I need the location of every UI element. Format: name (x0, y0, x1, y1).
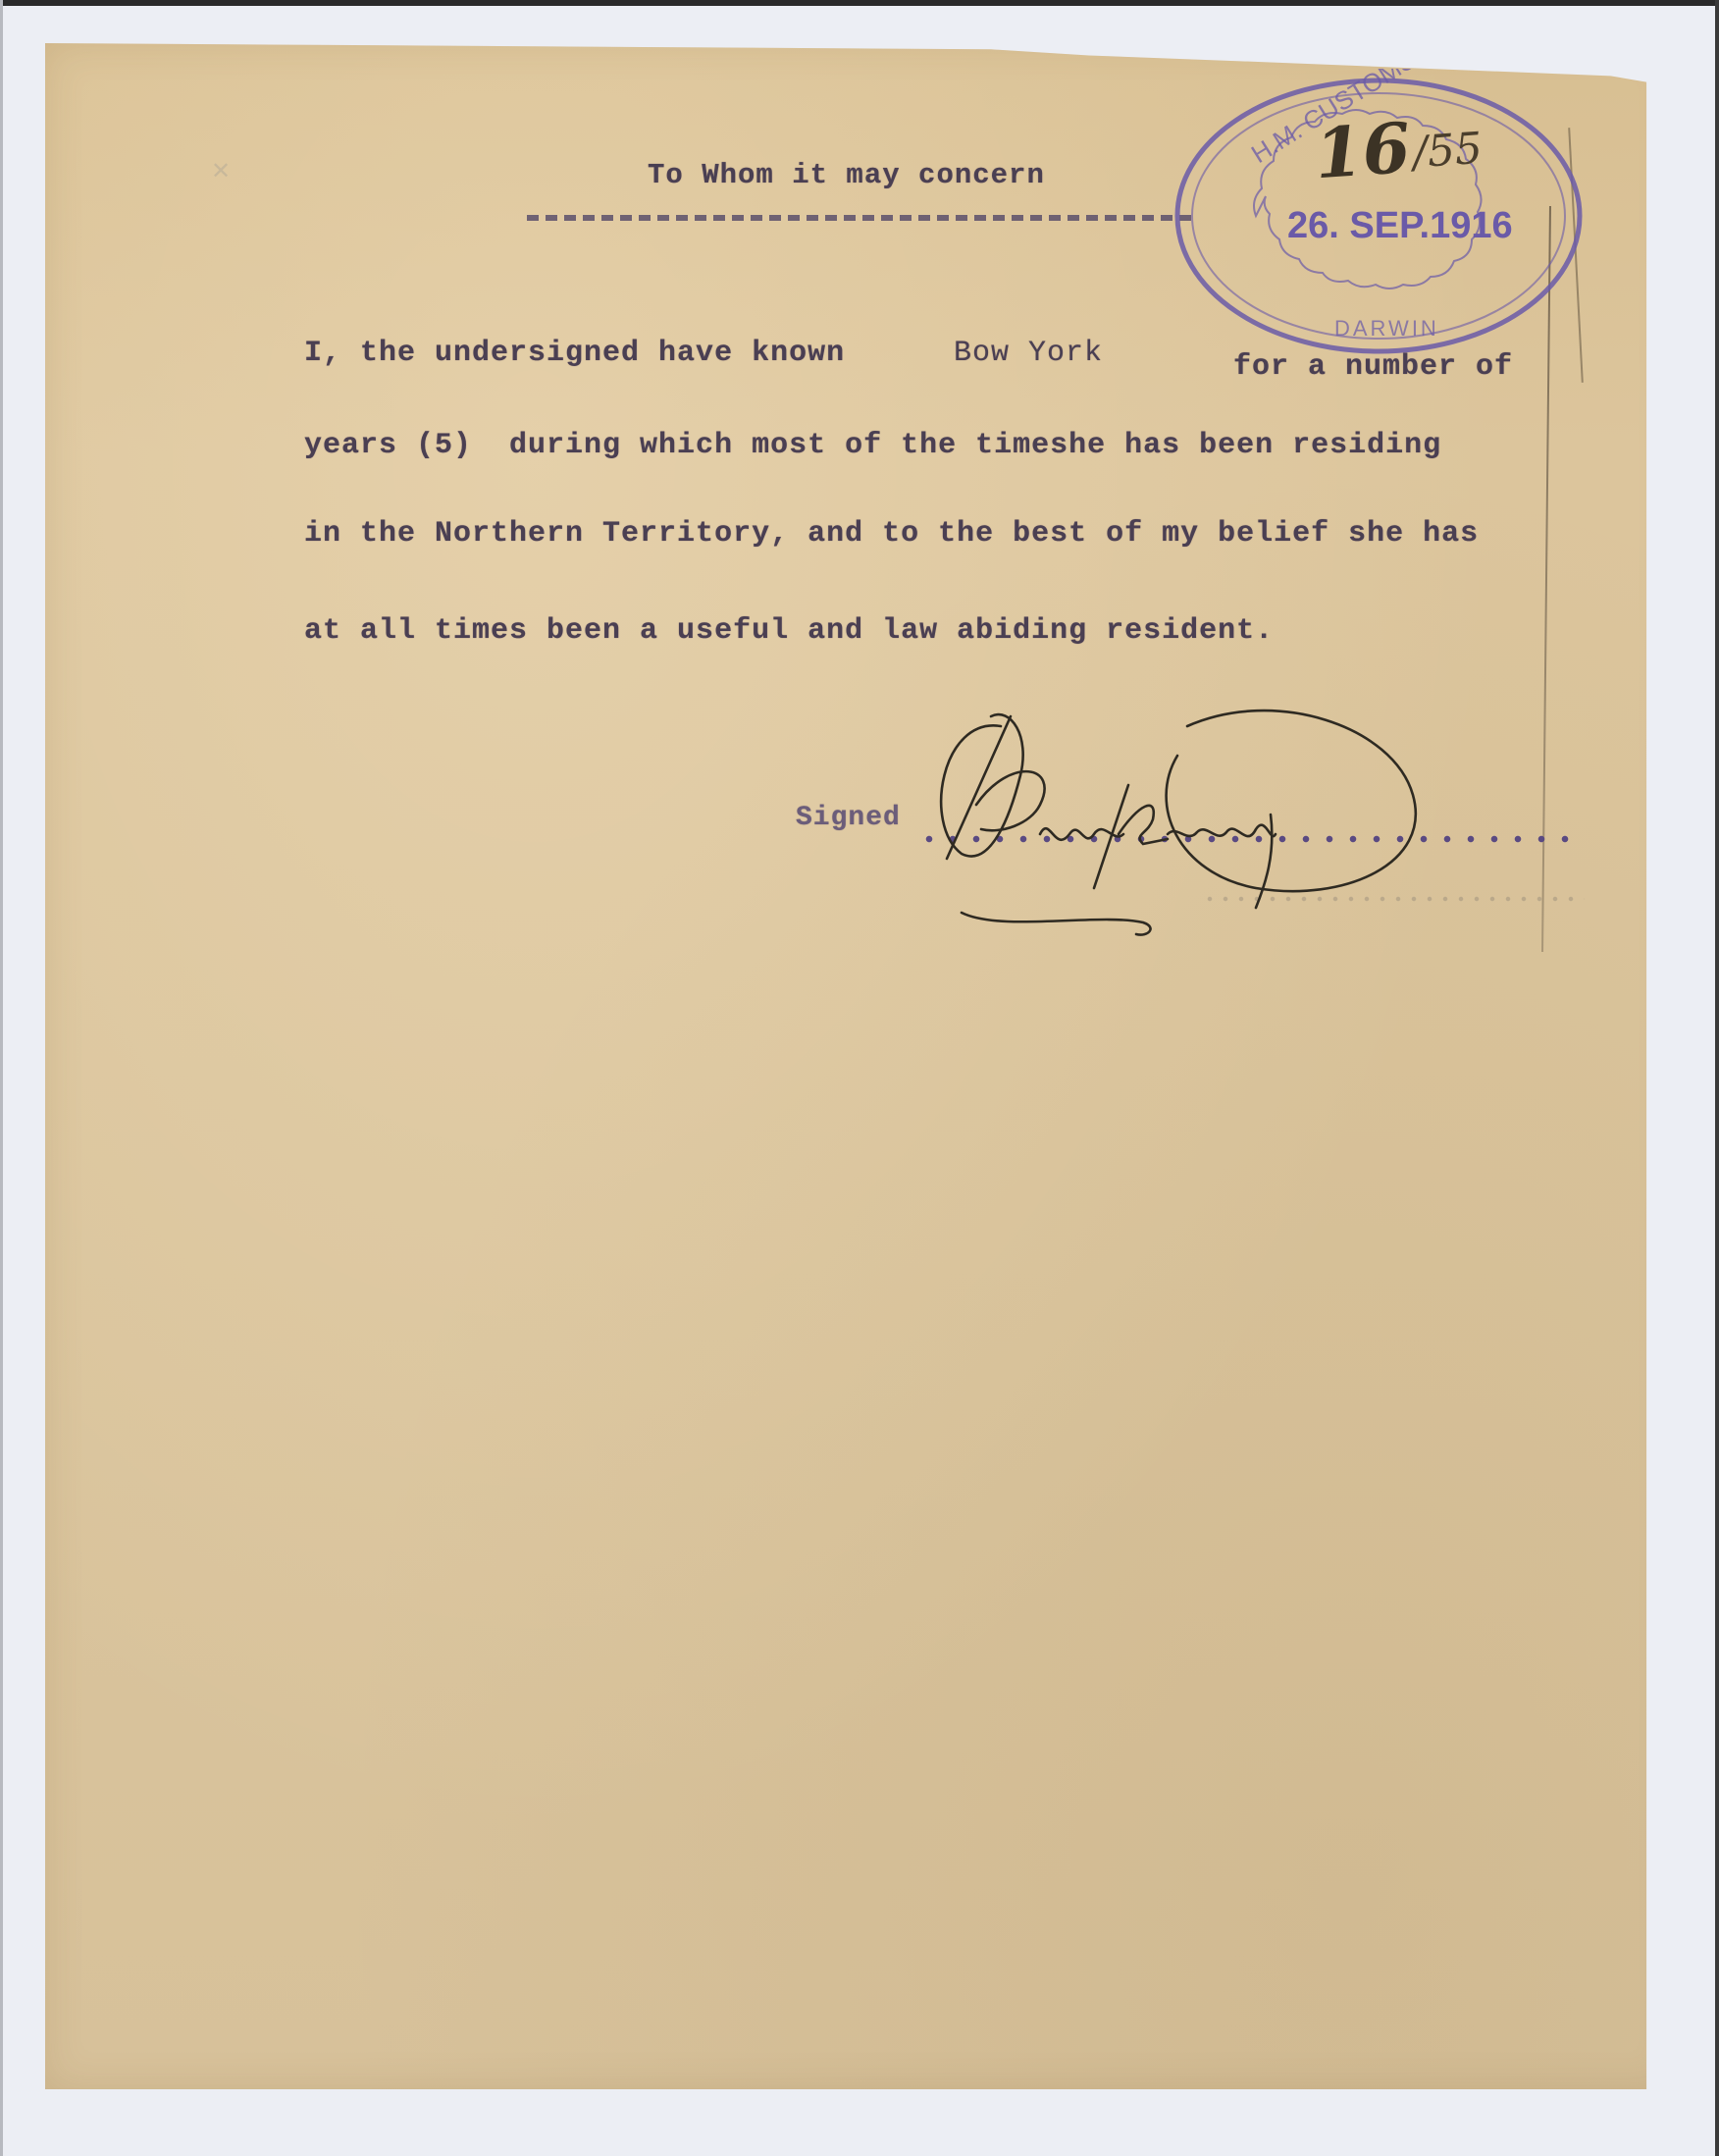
handwritten-reference-number: 16 (1312, 107, 1413, 195)
heading-dashed-underline (527, 215, 1194, 221)
stamp-date: 26. SEP.1916 (1287, 205, 1513, 246)
subject-name: Bow York (954, 337, 1103, 370)
signature-text: Ruakelsey (883, 687, 889, 688)
pencil-x-mark: ✕ (211, 157, 231, 184)
stamp-bottom-text: DARWIN (1334, 316, 1439, 341)
body-line-1: I, the undersigned have known (304, 337, 845, 370)
scan-edge-left (0, 0, 3, 2156)
handwritten-reference-suffix: /55 (1411, 124, 1484, 179)
body-line-1-tail: for a number of (1233, 350, 1513, 384)
scan-edge-right (1715, 0, 1719, 2156)
body-line-2: years (5) during which most of the times… (304, 429, 1441, 462)
body-line-3: in the Northern Territory, and to the be… (304, 517, 1479, 551)
scan-edge-top (0, 0, 1719, 6)
document-heading: To Whom it may concern (648, 159, 1045, 191)
body-line-4: at all times been a useful and law abidi… (304, 614, 1274, 648)
handwritten-signature: Ruakelsey (883, 687, 1452, 942)
